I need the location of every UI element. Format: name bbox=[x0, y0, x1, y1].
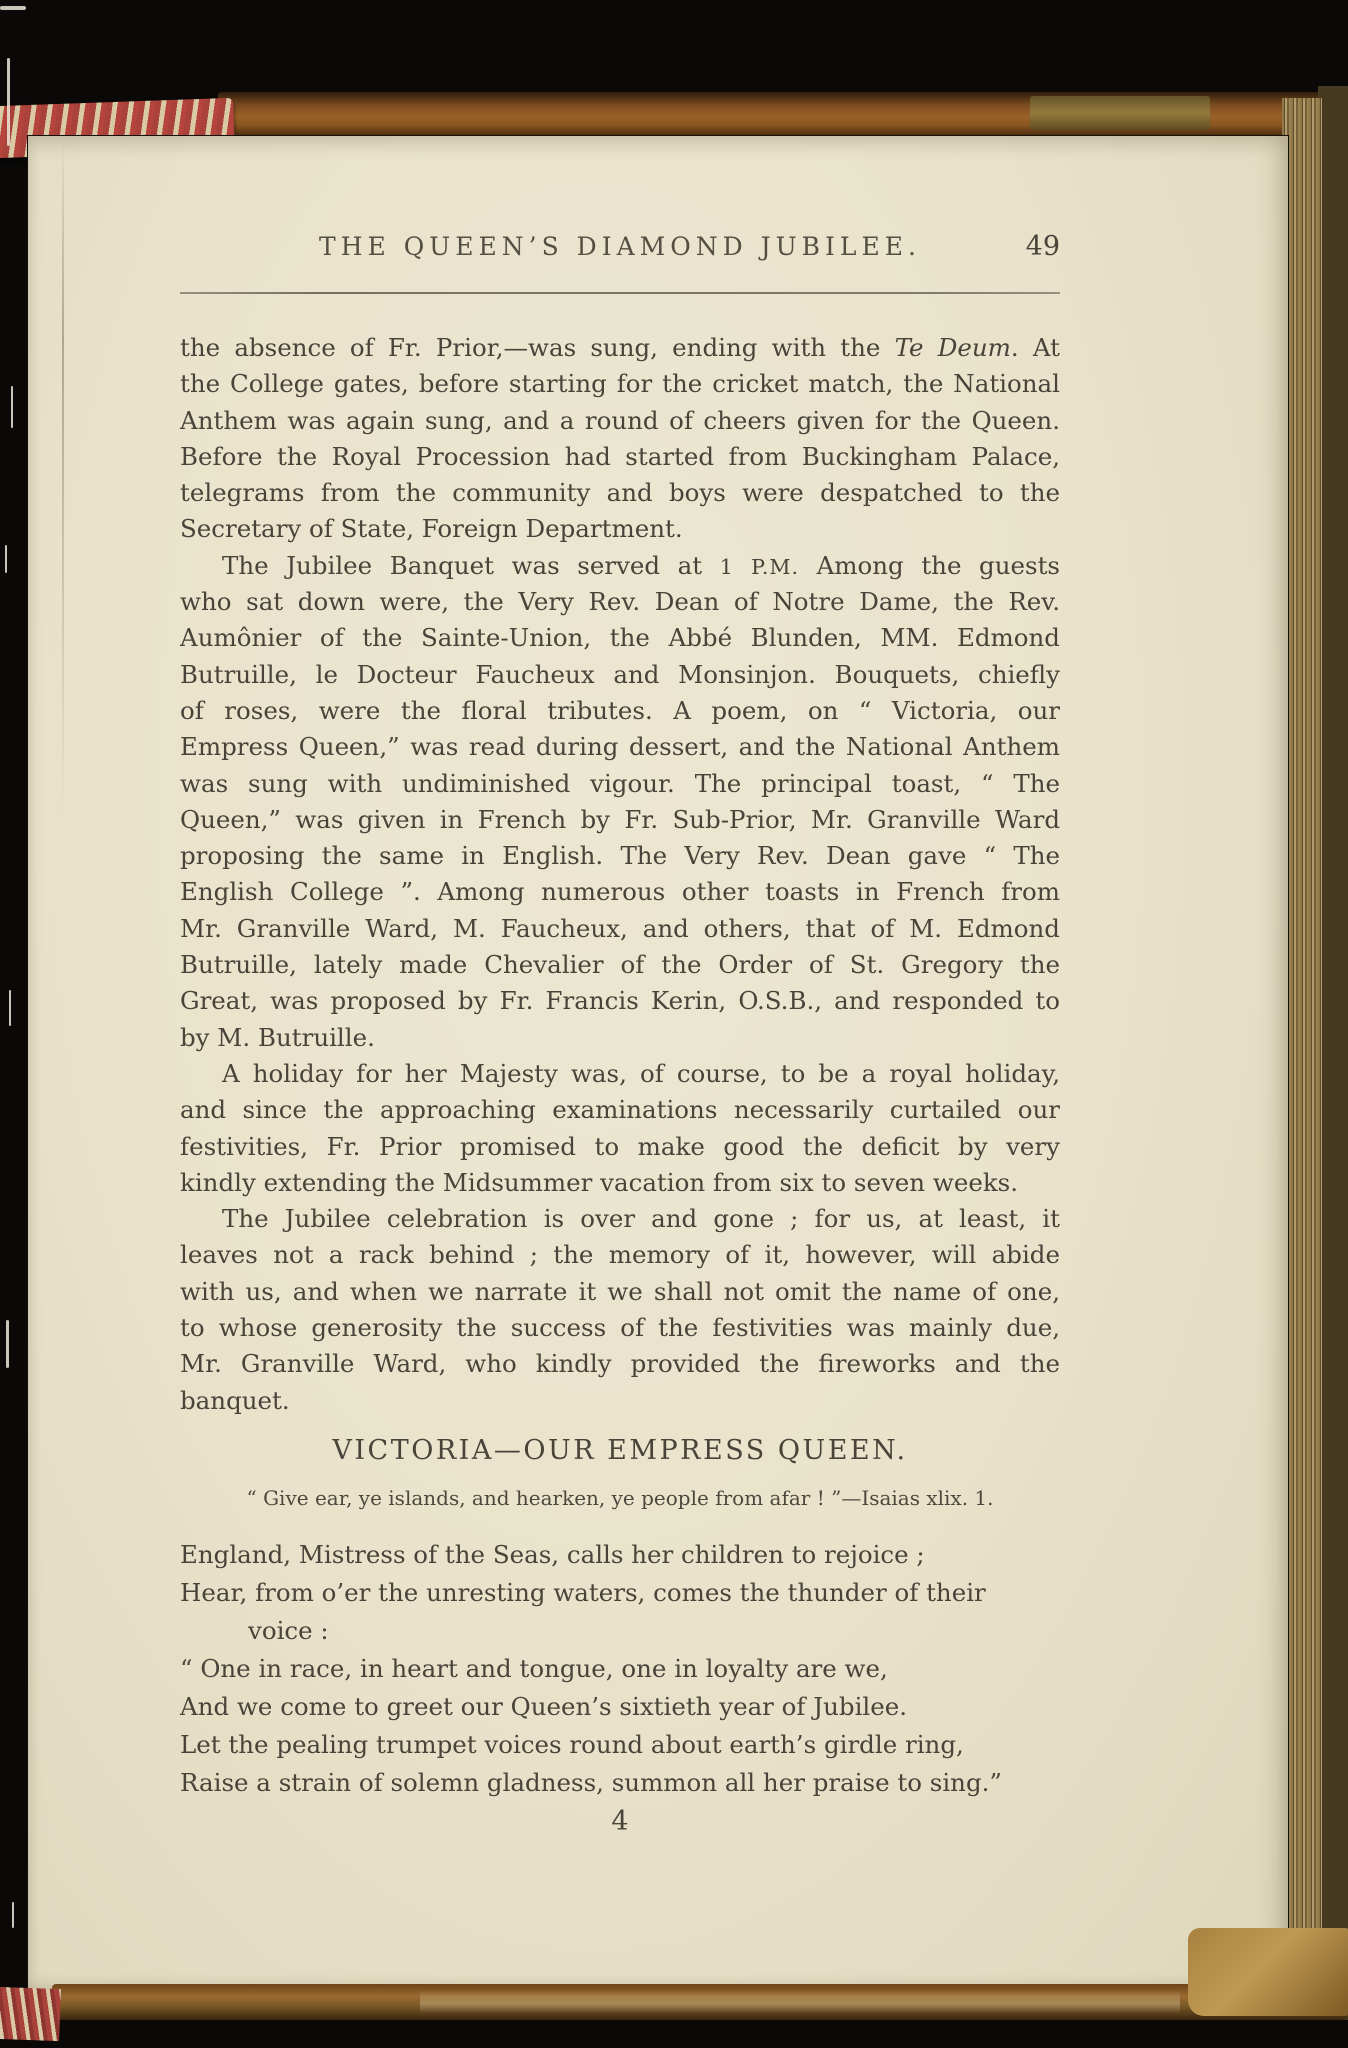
page-edge-stack bbox=[1282, 98, 1322, 1998]
paragraph: The Jubilee Banquet was served at 1 P.M.… bbox=[180, 548, 1060, 1056]
poem: England, Mistress of the Seas, calls her… bbox=[180, 1536, 1060, 1802]
text-line: of roses, were the floral tributes. A po… bbox=[180, 693, 1060, 729]
text-line: leaves not a rack behind ; the memory of… bbox=[180, 1237, 1060, 1273]
text-line: by M. Butruille. bbox=[180, 1020, 1060, 1056]
text-line: festivities, Fr. Prior promised to make … bbox=[180, 1129, 1060, 1165]
book-page: THE QUEEN’S DIAMOND JUBILEE. 49 the abse… bbox=[28, 136, 1288, 1992]
book-cover-right-edge bbox=[1318, 86, 1348, 2020]
text-line: proposing the same in English. The Very … bbox=[180, 838, 1060, 874]
text-line: Anthem was again sung, and a round of ch… bbox=[180, 403, 1060, 439]
running-header-title: THE QUEEN’S DIAMOND JUBILEE. bbox=[180, 232, 1060, 261]
poem-line: “ One in race, in heart and tongue, one … bbox=[180, 1650, 1060, 1688]
text-line: to whose generosity the success of the f… bbox=[180, 1310, 1060, 1346]
film-scratch bbox=[0, 6, 26, 10]
signature-mark: 4 bbox=[180, 1806, 1060, 1837]
text-line: Queen,” was given in French by Fr. Sub-P… bbox=[180, 802, 1060, 838]
film-scratch bbox=[5, 545, 7, 573]
film-scratch bbox=[6, 1320, 9, 1368]
text-line: Butruille, le Docteur Faucheux and Monsi… bbox=[180, 657, 1060, 693]
text-line: A holiday for her Majesty was, of course… bbox=[180, 1056, 1060, 1092]
film-scratch bbox=[7, 58, 10, 146]
book-cover-corner bbox=[1188, 1928, 1348, 2016]
running-header: THE QUEEN’S DIAMOND JUBILEE. 49 bbox=[180, 232, 1060, 264]
page-number: 49 bbox=[1026, 231, 1060, 262]
film-scratch bbox=[9, 990, 11, 1026]
text-line: was sung with undiminished vigour. The p… bbox=[180, 766, 1060, 802]
text-line: telegrams from the community and boys we… bbox=[180, 475, 1060, 511]
text-line: Empress Queen,” was read during dessert,… bbox=[180, 729, 1060, 765]
poem-line: Hear, from o’er the unresting waters, co… bbox=[180, 1574, 1060, 1612]
text-line: Before the Royal Procession had started … bbox=[180, 439, 1060, 475]
page-content: THE QUEEN’S DIAMOND JUBILEE. 49 the abse… bbox=[180, 136, 1060, 1837]
text-line: English College ”. Among numerous other … bbox=[180, 874, 1060, 910]
text-line: banquet. bbox=[180, 1383, 1060, 1419]
page-crease bbox=[62, 136, 64, 816]
paragraph: A holiday for her Majesty was, of course… bbox=[180, 1056, 1060, 1201]
text-line: Aumônier of the Sainte-Union, the Abbé B… bbox=[180, 620, 1060, 656]
paragraph: the absence of Fr. Prior,—was sung, endi… bbox=[180, 330, 1060, 548]
text-line: Mr. Granville Ward, M. Faucheux, and oth… bbox=[180, 911, 1060, 947]
text-line: and since the approaching examinations n… bbox=[180, 1092, 1060, 1128]
body-text: the absence of Fr. Prior,—was sung, endi… bbox=[180, 330, 1060, 1419]
text-line: Butruille, lately made Chevalier of the … bbox=[180, 947, 1060, 983]
text-line: the absence of Fr. Prior,—was sung, endi… bbox=[180, 330, 1060, 366]
poem-line: voice : bbox=[180, 1612, 1060, 1650]
text-line: Secretary of State, Foreign Department. bbox=[180, 511, 1060, 547]
text-line: The Jubilee Banquet was served at 1 P.M.… bbox=[180, 548, 1060, 584]
header-rule bbox=[180, 292, 1060, 294]
text-line: kindly extending the Midsummer vacation … bbox=[180, 1165, 1060, 1201]
film-scratch bbox=[12, 1902, 14, 1928]
book-cover-top-glint bbox=[1030, 96, 1210, 130]
text-line: Great, was proposed by Fr. Francis Kerin… bbox=[180, 983, 1060, 1019]
poem-line: England, Mistress of the Seas, calls her… bbox=[180, 1536, 1060, 1574]
headband-bottom bbox=[0, 1987, 61, 2041]
paragraph: The Jubilee celebration is over and gone… bbox=[180, 1201, 1060, 1419]
book-scan-photo: THE QUEEN’S DIAMOND JUBILEE. 49 the abse… bbox=[0, 0, 1348, 2048]
film-scratch bbox=[11, 386, 13, 428]
poem-line: Raise a strain of solemn gladness, summo… bbox=[180, 1764, 1060, 1802]
book-cover-bottom-sheen bbox=[420, 1990, 1180, 2014]
text-line: with us, and when we narrate it we shall… bbox=[180, 1274, 1060, 1310]
poem-line: And we come to greet our Queen’s sixtiet… bbox=[180, 1688, 1060, 1726]
text-line: who sat down were, the Very Rev. Dean of… bbox=[180, 584, 1060, 620]
section-heading: VICTORIA—OUR EMPRESS QUEEN. bbox=[180, 1435, 1060, 1466]
epigraph: “ Give ear, ye islands, and hearken, ye … bbox=[180, 1486, 1060, 1510]
text-line: The Jubilee celebration is over and gone… bbox=[180, 1201, 1060, 1237]
text-line: Mr. Granville Ward, who kindly provided … bbox=[180, 1346, 1060, 1382]
text-line: the College gates, before starting for t… bbox=[180, 366, 1060, 402]
poem-line: Let the pealing trumpet voices round abo… bbox=[180, 1726, 1060, 1764]
